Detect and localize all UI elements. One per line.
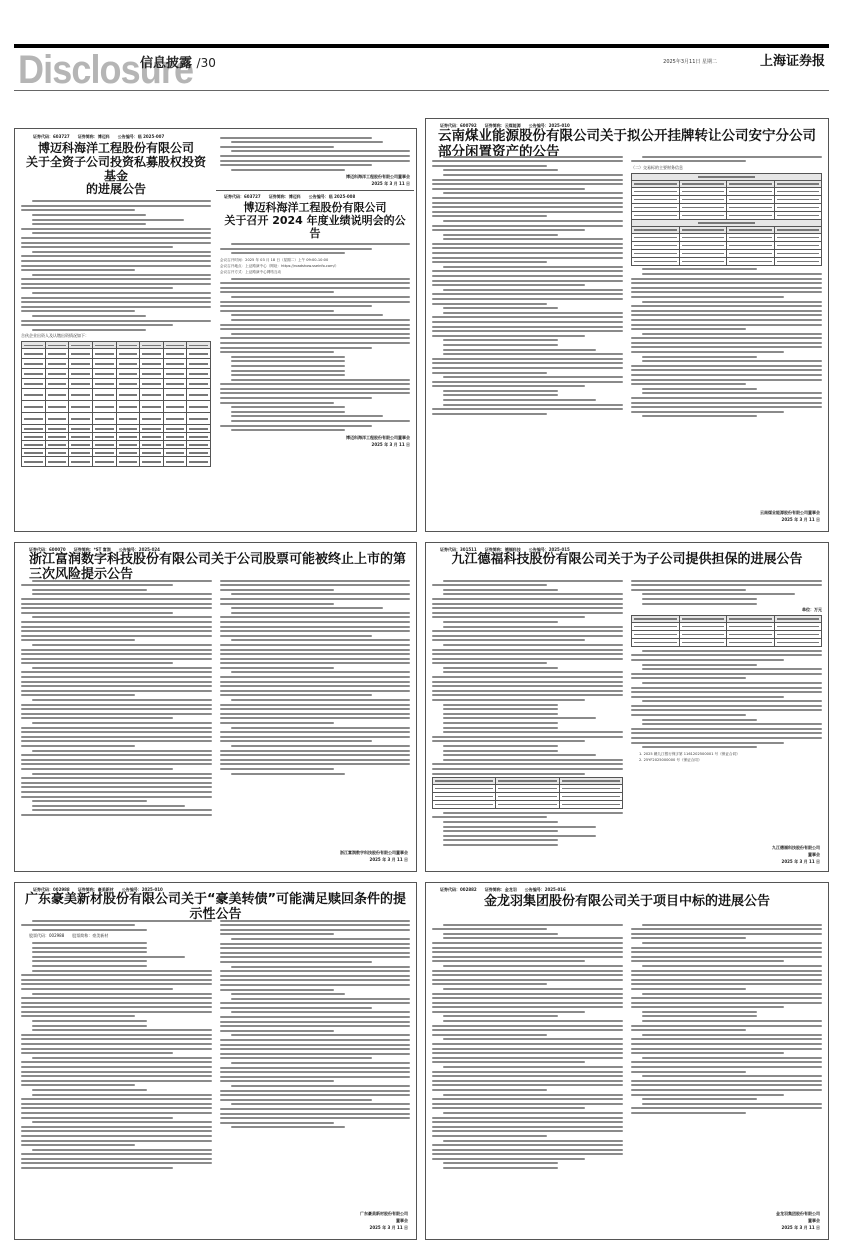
title-line: 的进展公告: [21, 183, 211, 197]
table-row: [22, 413, 211, 425]
signature: 云南煤业能源股份有限公司董事会 2025 年 3 月 11 日: [760, 509, 820, 523]
title-line: 关于召开 2024 年度业绩说明会的公告: [220, 215, 410, 240]
table-row: [22, 359, 211, 369]
section-label: 信息披露: [140, 56, 192, 71]
table-caption: 合伙企业出资人及认缴出资情况如下：: [21, 333, 211, 339]
body-text: [220, 243, 410, 254]
announcement-title: 金龙羽集团股份有限公司关于项目中标的进展公告: [430, 895, 824, 910]
table-row: [632, 211, 822, 219]
page-number: /30: [197, 56, 216, 70]
announcement-title: 博迈科海洋工程股份有限公司 关于召开 2024 年度业绩说明会的公告: [220, 202, 410, 240]
table-row: [22, 379, 211, 389]
signature: 金龙羽集团股份有限公司 董事会 2025 年 3 月 11 日: [776, 1210, 820, 1231]
newspaper-name: 上海证券报: [760, 50, 825, 69]
table-row: [22, 433, 211, 441]
body-column: [432, 153, 623, 420]
announcement-meta: 证券代码：603727 证券简称：博迈科 公告编号：临 2025-008: [220, 194, 410, 200]
documents-list: 1. 2025 赣九江银行保字第 1161202500001 号《保证合同》 2…: [631, 751, 822, 763]
announcement-box-guangdong-haomei: 证券代码：002988 证券简称：豪美新材 公告编号：2025-010 广东豪美…: [14, 882, 417, 1240]
table-row: [632, 257, 822, 265]
announcement-meta: 证券代码：603727 证券简称：博迈科 公告编号：临 2025-007: [21, 134, 211, 140]
body-column: [21, 577, 212, 818]
table-row: [433, 801, 623, 809]
announcement-title: 九江德福科技股份有限公司关于为子公司提供担保的进展公告: [430, 553, 824, 568]
meeting-bullets: 会议召开时间：2025 年 03 月 18 日（星期二）上午 09:00-10:…: [220, 257, 410, 275]
table-row: [22, 425, 211, 433]
signature: 广东豪美新材股份有限公司 董事会 2025 年 3 月 11 日: [360, 1210, 408, 1231]
table-row: [632, 623, 822, 631]
table-row: [22, 389, 211, 401]
body-column: [220, 917, 411, 1172]
announcement-box-jiujiang-defu: 证券代码：301511 证券简称：德福科技 公告编号：2025-015 九江德福…: [425, 542, 829, 872]
guarantee-summary-table: [631, 615, 822, 647]
announcement-box-zhejiang-furun: 证券代码：600070 证券简称：*ST 富润 公告编号：2025-024 浙江…: [14, 542, 417, 872]
stock-info: 股票代码：002988 股票简称：豪美新材: [21, 933, 212, 939]
section-title: 信息披露 /30: [140, 52, 216, 71]
table-row: [632, 203, 822, 211]
announcement-box-yunnan-coal: 证券代码：600792 证券简称：云煤能源 公告编号：2025-010 云南煤业…: [425, 118, 829, 532]
unit-label: 单位：万元: [631, 607, 822, 613]
table-row: [22, 449, 211, 457]
body-column: 股票代码：002988 股票简称：豪美新材: [21, 917, 212, 1172]
body-column: [220, 577, 411, 818]
partner-table: [21, 341, 211, 467]
table-row: [433, 785, 623, 793]
table-row: [22, 369, 211, 379]
title-line: 博迈科海洋工程股份有限公司: [21, 142, 211, 156]
table-row: [22, 457, 211, 467]
announcement-title: 博迈科海洋工程股份有限公司 关于全资子公司投资私募股权投资基金 的进展公告: [21, 142, 211, 197]
signature: 浙江富润数字科技股份有限公司董事会 2025 年 3 月 11 日: [340, 849, 408, 863]
body-column: [432, 577, 623, 848]
announcement-meta: 证券代码：002882 证券简称：金龙羽 公告编号：2025-016: [440, 887, 566, 893]
table-row: [632, 249, 822, 257]
guarantee-table: [432, 777, 623, 809]
announcement-box-jinlongyu: 证券代码：002882 证券简称：金龙羽 公告编号：2025-016 金龙羽集团…: [425, 882, 829, 1240]
table-caption: （二）交易标的主要财务信息: [631, 165, 822, 171]
title-line: 关于全资子公司投资私募股权投资基金: [21, 156, 211, 184]
signature: 博迈科海洋工程股份有限公司董事会 2025 年 3 月 11 日: [220, 173, 410, 187]
table-row: [632, 187, 822, 195]
table-row: [22, 349, 211, 359]
table-row: [632, 631, 822, 639]
announcement-box-bomaike: 证券代码：603727 证券简称：博迈科 公告编号：临 2025-007 博迈科…: [14, 128, 417, 532]
body-column: [432, 921, 623, 1172]
financial-table: [631, 173, 822, 266]
document-item: 2. 25YF2025000000 号《保证合同》: [639, 757, 822, 763]
table-row: [22, 401, 211, 413]
body-column: （二）交易标的主要财务信息: [631, 153, 822, 420]
table-row: [632, 233, 822, 241]
table-row: [632, 639, 822, 647]
body-text: [220, 137, 410, 171]
body-column: [631, 921, 822, 1172]
table-row: [632, 195, 822, 203]
table-row: [632, 241, 822, 249]
table-row: [22, 441, 211, 449]
dateline: 2025年3月11日 星期二: [663, 58, 717, 65]
table-row: [433, 793, 623, 801]
signature: 博迈科海洋工程股份有限公司董事会 2025 年 3 月 11 日: [220, 434, 410, 448]
body-text: [21, 200, 211, 331]
masthead: Disclosure 信息披露 /30 2025年3月11日 星期二 上海证券报: [14, 50, 829, 91]
body-column: 单位：万元 1. 2025 赣九江银行保字第 1161202500001 号《保…: [631, 577, 822, 848]
bullet-item: 会议召开方式：上证路演中心网络互动: [220, 269, 410, 275]
body-text: [220, 278, 410, 432]
signature: 九江德福科技股份有限公司 董事会 2025 年 3 月 11 日: [772, 844, 820, 865]
table-header: [22, 342, 46, 349]
